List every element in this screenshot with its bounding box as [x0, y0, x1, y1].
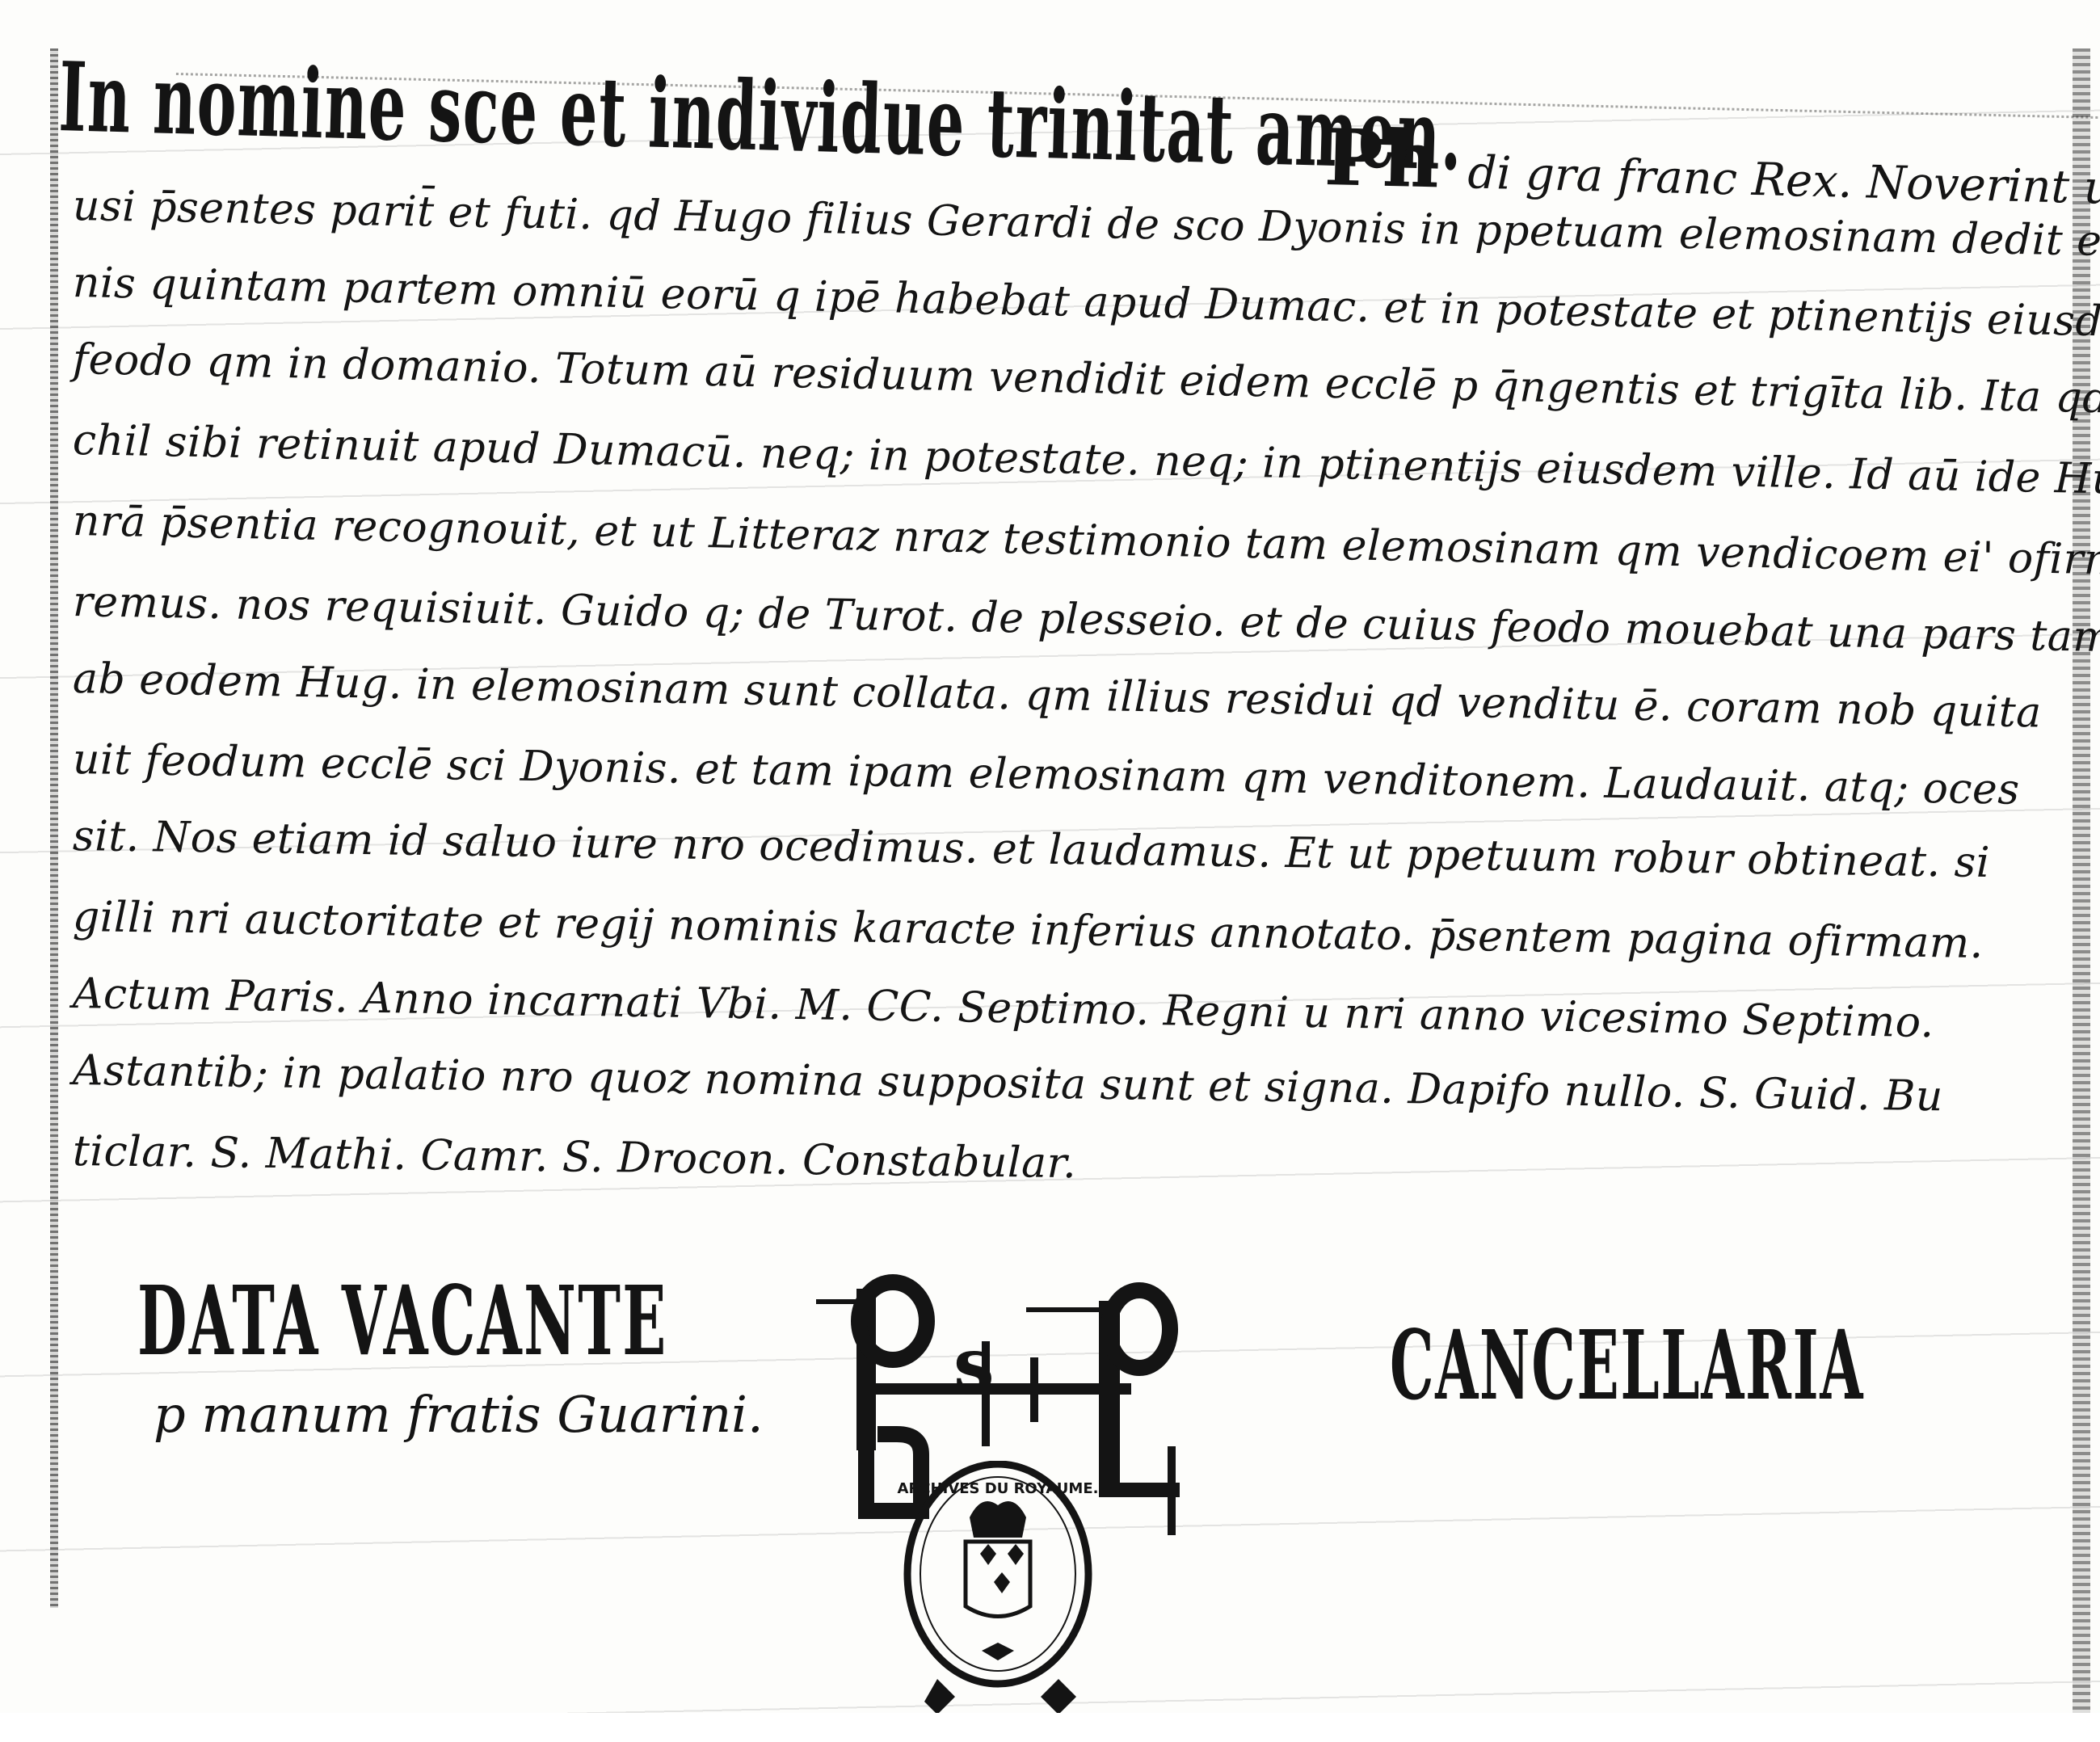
text-line: sit. Nos etiam id saluo iure nro ocedimu…: [72, 804, 1990, 895]
text-line: ticlar. S. Mathi. Camr. S. Drocon. Const…: [73, 1119, 1077, 1196]
left-margin-edge: [50, 48, 58, 1608]
charter-page: In nomine sce et individue trinitat amen…: [0, 0, 2100, 1742]
text-line: Astantib; in palatio nro quoz nomina sup…: [72, 1038, 1943, 1129]
archives-stamp-icon: ARCHIVES DU ROYAUME.: [893, 1461, 1103, 1719]
royal-initials: Ph: [1324, 112, 1441, 205]
text-line: Actum Paris. Anno incarnati Vbi. M. CC. …: [72, 961, 1934, 1055]
cancellaria-heading: CANCELLARIA: [1390, 1309, 1864, 1421]
text-line: gilli nri auctoritate et regij nominis k…: [72, 885, 1984, 976]
bottom-edge: [0, 1713, 2100, 1742]
data-vacante-heading: DATA VACANTE: [137, 1269, 668, 1374]
invocatio-heading: In nomine sce et individue trinitat amen…: [57, 40, 922, 178]
stamp-inscription: ARCHIVES DU ROYAUME.: [898, 1480, 1099, 1497]
